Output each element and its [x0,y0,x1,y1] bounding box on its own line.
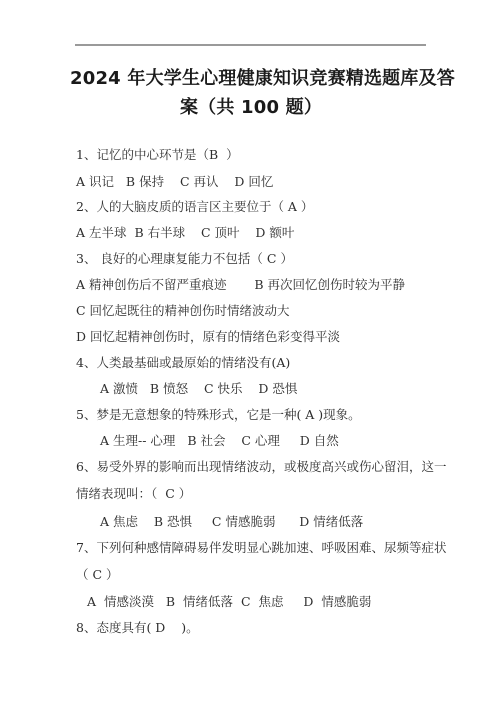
question-8: 8、态度具有( D )。 [76,618,199,636]
question-7: 7、下列何种感情障碍易伴发明显心跳加速、呼吸困难、尿频等症状 [76,538,446,556]
question-4-options: A 激愤 B 愤怒 C 快乐 D 恐惧 [100,379,297,397]
question-3: 3、 良好的心理康复能力不包括（ C ） [76,249,293,267]
document-title-line-1: 2024 年大学生心理健康知识竞赛精选题库及答 [70,64,432,90]
document-title-line-2: 案（共 100 题） [70,93,432,119]
question-5-options: A 生理-- 心理 B 社会 C 心理 D 自然 [100,431,339,449]
question-1-options: A 识记 B 保持 C 再认 D 回忆 [76,172,273,190]
question-3-options-ab: A 精神创伤后不留严重痕迹 B 再次回忆创伤时较为平静 [76,275,405,293]
question-4: 4、人类最基础或最原始的情绪没有(A) [76,353,290,371]
question-6-options: A 焦虑 B 恐惧 C 情感脆弱 D 情绪低落 [100,512,363,530]
question-7-options: A 情感淡漠 B 情绪低落 C 焦虑 D 情感脆弱 [87,592,371,610]
question-6-continued: 情绪表现叫：（ C ） [76,484,191,502]
question-7-answer: （ C ） [76,565,119,583]
header-rule [75,44,426,46]
question-3-option-c: C 回忆起既往的精神创伤时情绪波动大 [76,301,290,319]
question-2: 2、人的大脑皮质的语言区主要位于（ A ） [76,197,313,215]
question-2-options: A 左半球 B 右半球 C 顶叶 D 额叶 [76,223,294,241]
question-1: 1、记忆的中心环节是（B ） [76,145,239,163]
question-5: 5、梦是无意想象的特殊形式，它是一种( A )现象。 [76,405,361,423]
question-6: 6、易受外界的影响而出现情绪波动，或极度高兴或伤心留泪，这一 [76,457,446,475]
question-3-option-d: D 回忆起精神创伤时，原有的情绪色彩变得平淡 [76,327,340,345]
